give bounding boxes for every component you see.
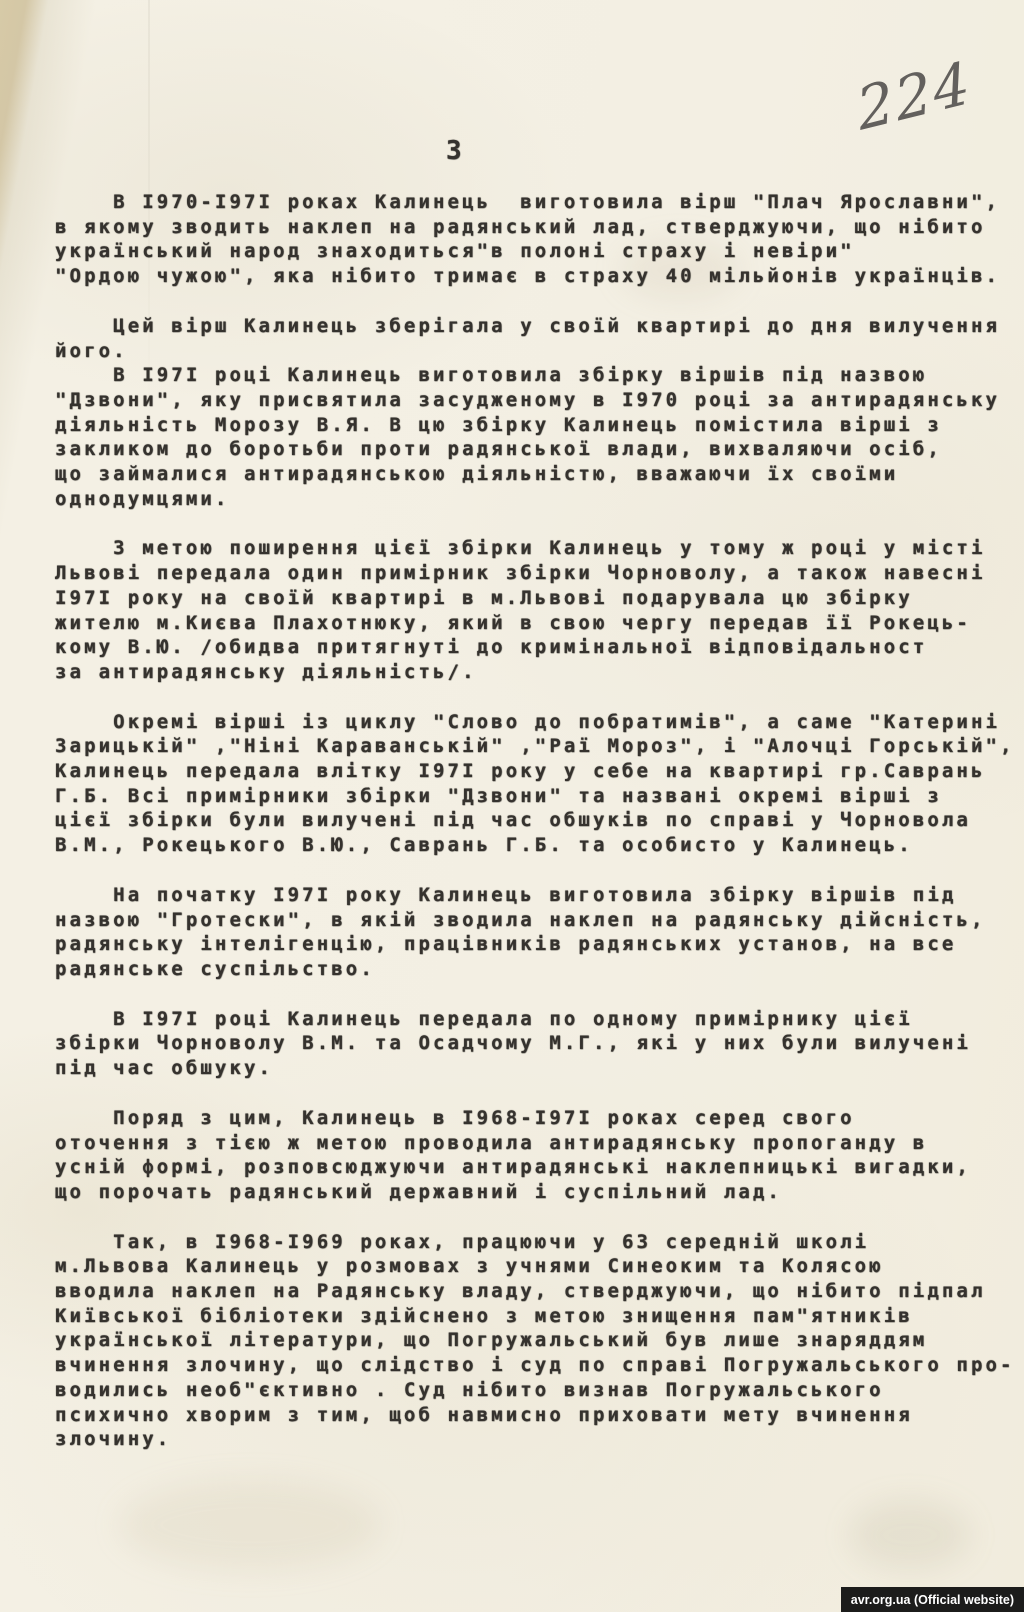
paragraph-7: В I97I році Калинець передала по одному …: [55, 1007, 1016, 1081]
watermark-bar: avr.org.ua (Official website): [841, 1587, 1024, 1612]
paragraph-6: На початку I97I року Калинець виготовила…: [55, 883, 1016, 982]
paragraph-4: З метою поширення цієї збірки Калинець у…: [55, 536, 1016, 684]
watermark-text: avr.org.ua (Official website): [851, 1593, 1014, 1607]
document-body: В I970-I97I роках Калинець виготовила ві…: [55, 190, 1016, 1477]
paragraph-5: Окремі вірші із циклу "Слово до побратим…: [55, 710, 1016, 858]
paragraph-1: В I970-I97I роках Калинець виготовила ві…: [55, 190, 1016, 289]
paper-stain: [850, 1500, 970, 1570]
paragraph-8: Поряд з цим, Калинець в I968-I97I роках …: [55, 1106, 1016, 1205]
paragraph-9: Так, в I968-I969 роках, працюючи у 63 се…: [55, 1230, 1016, 1452]
paragraph-2: Цей вірш Калинець зберігала у своїй квар…: [55, 314, 1016, 363]
paragraph-3: В I97I році Калинець виготовила збірку в…: [55, 363, 1016, 511]
scanned-document-page: 224 3 В I970-I97I роках Калинець виготов…: [0, 0, 1024, 1612]
paper-stain: [120, 1480, 380, 1570]
typed-page-number: 3: [446, 136, 462, 166]
handwritten-folio-number: 224: [853, 48, 976, 144]
